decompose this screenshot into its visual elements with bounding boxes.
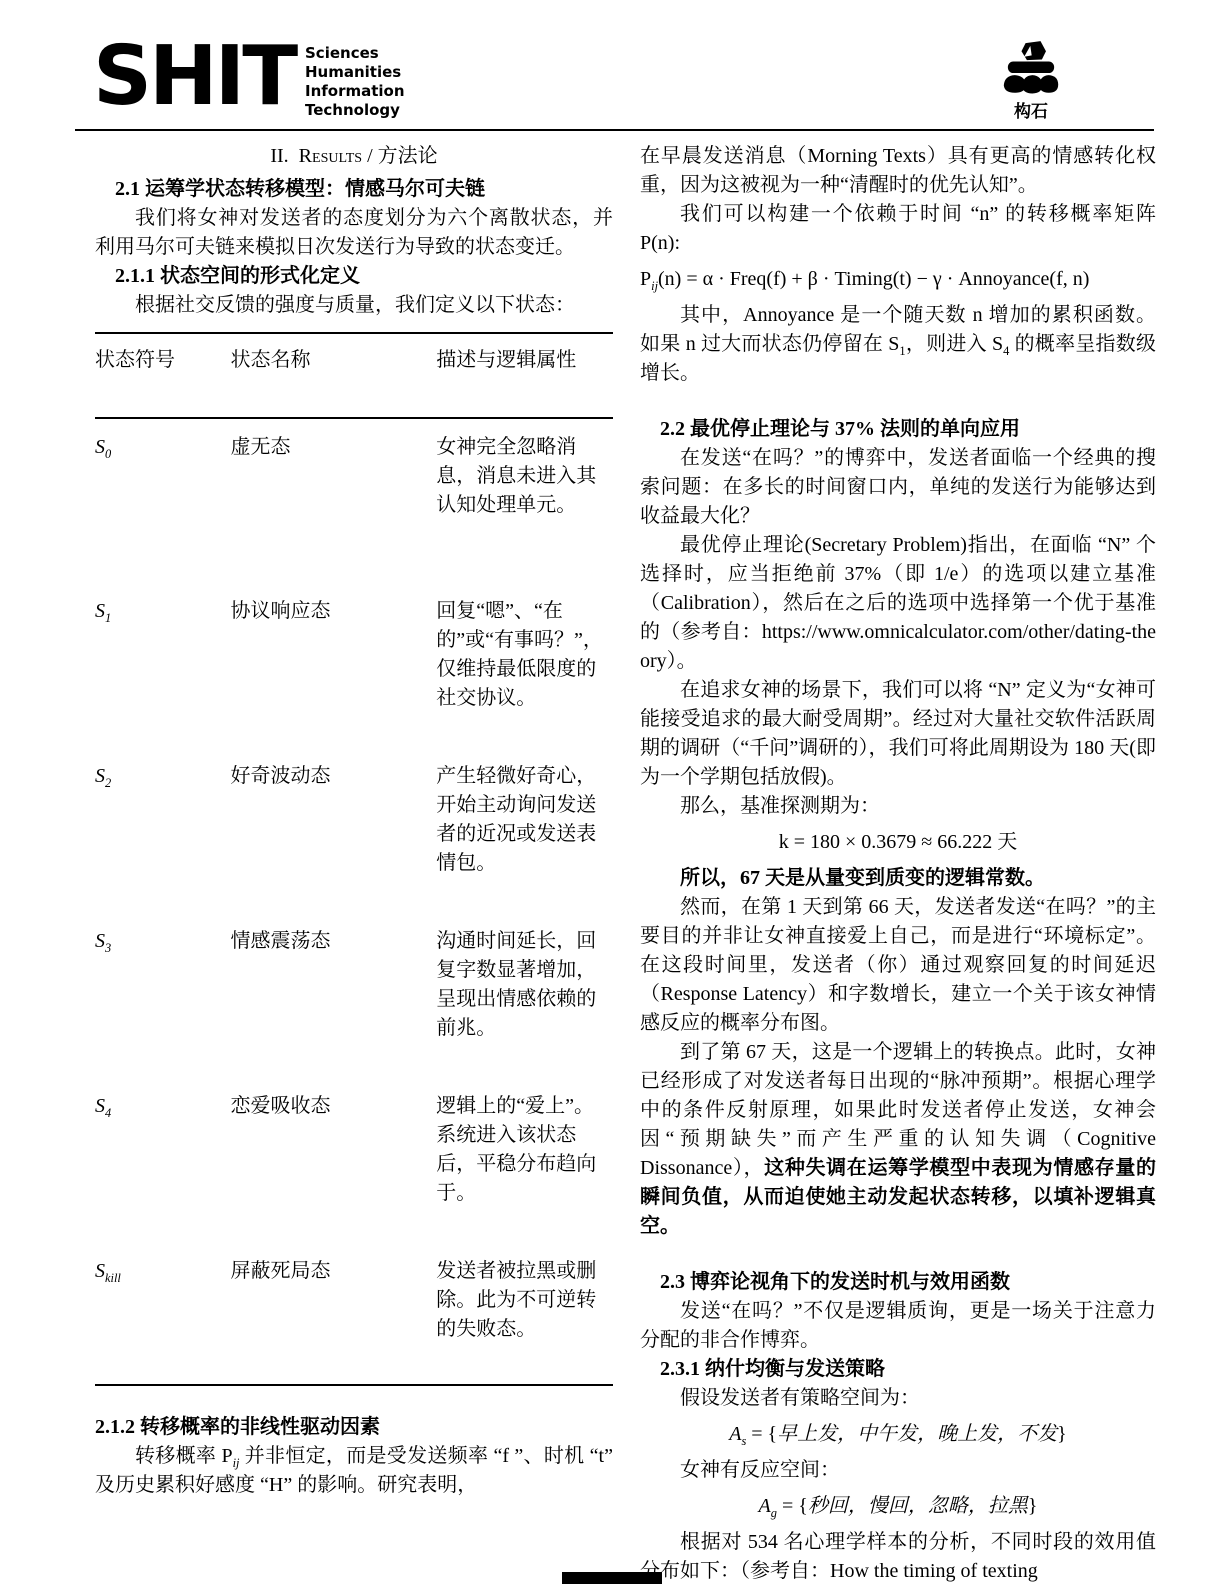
tagline-line: Sciences [305, 44, 405, 63]
org-logo: 构石 [995, 40, 1067, 121]
para-morning-texts: 在早晨发送消息（Morning Texts）具有更高的情感转化权重，因为这被视为… [640, 142, 1156, 200]
state-symbol: S3 [95, 913, 231, 1078]
formula-transition: Pij(n) = α · Freq(f) + β · Timing(t) − γ… [640, 265, 1156, 294]
heading-2-1-1: 2.1.1 状态空间的形式化定义 [95, 262, 613, 291]
table-row: S0 虚无态 女神完全忽略消息，消息未进入其认知处理单元。 [95, 418, 613, 583]
state-name: 情感震荡态 [231, 913, 437, 1078]
table-row: S2 好奇波动态 产生轻微好奇心，开始主动询问发送者的近况或发送表情包。 [95, 748, 613, 913]
section-suffix: / 方法论 [362, 145, 438, 167]
table-row: Skill 屏蔽死局态 发送者被拉黑或删除。此为不可逆转的失败态。 [95, 1243, 613, 1385]
state-symbol: S0 [95, 418, 231, 583]
formula-goddess-space: Ag = {秒回，慢回，忽略，拉黑} [640, 1492, 1156, 1521]
para-day-67: 到了第 67 天，这是一个逻辑上的转换点。此时，女神已经形成了对发送者每日出现的… [640, 1038, 1156, 1241]
state-table-header-row: 状态符号 状态名称 描述与逻辑属性 [95, 333, 613, 418]
col-header-desc: 描述与逻辑属性 [436, 333, 613, 418]
table-row: S1 协议响应态 回复“嗯”、“在的”或“有事吗？”，仅维持最低限度的社交协议。 [95, 583, 613, 748]
heading-2-2: 2.2 最优停止理论与 37% 法则的单向应用 [640, 415, 1156, 444]
para-strategy-space: 假设发送者有策略空间为： [640, 1384, 1156, 1413]
para-calibration: 然而，在第 1 天到第 66 天，发送者发送“在吗？”的主要目的并非让女神直接爱… [640, 893, 1156, 1038]
tagline-line: Information [305, 82, 405, 101]
state-symbol: Skill [95, 1243, 231, 1385]
state-symbol: S1 [95, 583, 231, 748]
para-2-1-2: 转移概率 Pij 并非恒定，而是受发送频率 “f ”、时机 “t” 及历史累积好… [95, 1442, 613, 1500]
org-label: 构石 [995, 103, 1067, 121]
left-column: II. Results / 方法论 2.1 运筹学状态转移模型：情感马尔可夫链 … [95, 142, 613, 1500]
footer-mark [562, 1572, 662, 1584]
section-title: II. Results / 方法论 [95, 142, 613, 171]
para-2-1-1: 根据社交反馈的强度与质量，我们定义以下状态： [95, 291, 613, 320]
section-name: Results [299, 145, 362, 167]
state-desc: 沟通时间延长，回复字数显著增加，呈现出情感依赖的前兆。 [436, 913, 613, 1078]
para-annoyance: 其中，Annoyance 是一个随天数 n 增加的累积函数。如果 n 过大而状态… [640, 301, 1156, 388]
state-name: 协议响应态 [231, 583, 437, 748]
section-numeral: II. [270, 145, 288, 167]
para-secretary: 最优停止理论(Secretary Problem)指出，在面临 “N” 个选择时… [640, 531, 1156, 676]
state-name: 好奇波动态 [231, 748, 437, 913]
col-header-name: 状态名称 [231, 333, 437, 418]
para-search-problem: 在发送“在吗？”的博弈中，发送者面临一个经典的搜索问题：在多长的时间窗口内，单纯… [640, 444, 1156, 531]
header-rule [75, 129, 1154, 131]
heading-2-1-2: 2.1.2 转移概率的非线性驱动因素 [95, 1413, 613, 1442]
heading-2-3-1: 2.3.1 纳什均衡与发送策略 [640, 1355, 1156, 1384]
para-noncoop-game: 发送“在吗？”不仅是逻辑质询，更是一场关于注意力分配的非合作博弈。 [640, 1297, 1156, 1355]
state-desc: 女神完全忽略消息，消息未进入其认知处理单元。 [436, 418, 613, 583]
para-baseline-intro: 那么，基准探测期为： [640, 792, 1156, 821]
state-symbol: S4 [95, 1078, 231, 1243]
para-180-days: 在追求女神的场景下，我们可以将 “N” 定义为“女神可能接受追求的最大耐受周期”… [640, 676, 1156, 792]
state-desc: 逻辑上的“爱上”。系统进入该状态后，平稳分布趋向于。 [436, 1078, 613, 1243]
state-name: 恋爱吸收态 [231, 1078, 437, 1243]
formula-sender-space: As = {早上发，中午发，晚上发，不发} [640, 1420, 1156, 1449]
state-desc: 回复“嗯”、“在的”或“有事吗？”，仅维持最低限度的社交协议。 [436, 583, 613, 748]
para-534-samples: 根据对 534 名心理学样本的分析，不同时段的效用值分布如下：（参考自：How … [640, 1528, 1156, 1584]
state-name: 屏蔽死局态 [231, 1243, 437, 1385]
right-column: 在早晨发送消息（Morning Texts）具有更高的情感转化权重，因为这被视为… [640, 142, 1156, 1584]
para-matrix-intro: 我们可以构建一个依赖于时间 “n” 的转移概率矩阵 P(n): [640, 200, 1156, 258]
state-symbol: S2 [95, 748, 231, 913]
heading-2-3: 2.3 博弈论视角下的发送时机与效用函数 [640, 1268, 1156, 1297]
paper-page: SHIT Sciences Humanities Information Tec… [0, 0, 1224, 1584]
state-table: 状态符号 状态名称 描述与逻辑属性 S0 虚无态 女神完全忽略消息，消息未进入其… [95, 332, 613, 1386]
heading-2-1: 2.1 运筹学状态转移模型：情感马尔可夫链 [95, 175, 613, 204]
tagline-line: Technology [305, 101, 405, 120]
state-desc: 产生轻微好奇心，开始主动询问发送者的近况或发送表情包。 [436, 748, 613, 913]
para-2-1: 我们将女神对发送者的态度划分为六个离散状态，并利用马尔可夫链来模拟日次发送行为导… [95, 204, 613, 262]
rock-pile-icon [995, 40, 1067, 102]
state-desc: 发送者被拉黑或删除。此为不可逆转的失败态。 [436, 1243, 613, 1385]
journal-tagline: Sciences Humanities Information Technolo… [305, 44, 405, 120]
tagline-line: Humanities [305, 63, 405, 82]
para-67-days: 所以，67 天是从量变到质变的逻辑常数。 [640, 864, 1156, 893]
table-row: S4 恋爱吸收态 逻辑上的“爱上”。系统进入该状态后，平稳分布趋向于。 [95, 1078, 613, 1243]
journal-logo: SHIT [93, 36, 295, 118]
formula-k: k = 180 × 0.3679 ≈ 66.222 天 [640, 828, 1156, 857]
col-header-symbol: 状态符号 [95, 333, 231, 418]
state-name: 虚无态 [231, 418, 437, 583]
table-row: S3 情感震荡态 沟通时间延长，回复字数显著增加，呈现出情感依赖的前兆。 [95, 913, 613, 1078]
para-response-space: 女神有反应空间： [640, 1456, 1156, 1485]
